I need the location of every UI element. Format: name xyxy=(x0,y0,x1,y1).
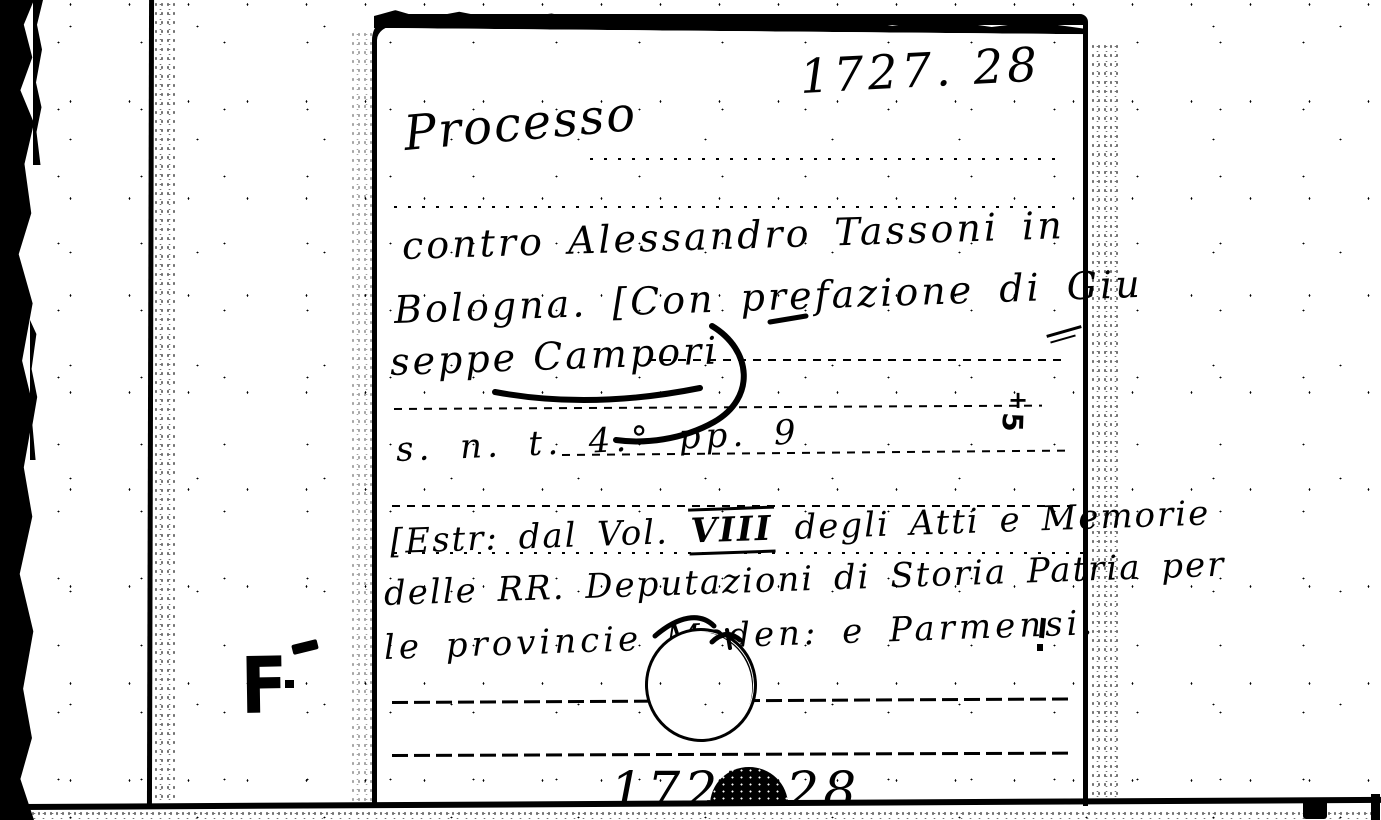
film-edge-fragment xyxy=(33,0,43,165)
film-edge-band xyxy=(0,0,34,820)
continuation-word: Giu xyxy=(1066,262,1143,309)
bottom-noise-band xyxy=(0,809,1381,820)
stamp-letter-f: F xyxy=(240,647,288,726)
scanned-catalog-card-page: 1727. 28 Processo contro Alessandro Tass… xyxy=(0,0,1381,820)
stamp-dash-mark xyxy=(291,639,319,655)
card-left-edge-speckle xyxy=(350,30,374,806)
margin-annotation-plus: + xyxy=(1008,388,1028,412)
film-edge-fragment xyxy=(30,320,38,460)
shelfmark-bottom-right: 28 xyxy=(786,762,856,803)
edge-ink-mark xyxy=(1371,794,1380,820)
corner-ink-mark xyxy=(1303,799,1327,819)
page-fold-line xyxy=(147,0,154,808)
margin-annotation-digit: 5 xyxy=(997,412,1026,432)
fold-speckle-band xyxy=(153,0,175,806)
exclamation-mark-dot xyxy=(1037,644,1043,651)
stamp-dot-mark xyxy=(285,680,294,688)
volume-number: VIII xyxy=(688,506,776,556)
ruled-line xyxy=(590,158,1062,160)
card-right-edge-speckle xyxy=(1090,42,1118,802)
